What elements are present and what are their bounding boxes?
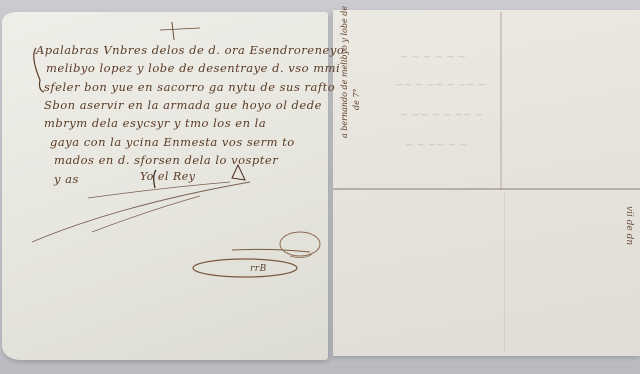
bleed-through-text: ~ ~~ ~ ~ ~~ ~ — [400, 110, 483, 121]
side-note: vii de dn — [624, 206, 634, 245]
endorsement-text-line-2: de 7° — [352, 89, 361, 111]
bleed-through-text: ~ ~ ~ ~ ~ ~ — [400, 52, 466, 63]
pen-flourishes — [0, 0, 640, 374]
bleed-through-text: ~ ~ ~~ ~ ~ — [405, 140, 468, 151]
bleed-through-text: ~~ ~ ~~ ~ ~~ ~ — [395, 80, 486, 91]
endorsement-text: a bernando de melibyo y lobe de — [340, 6, 349, 138]
